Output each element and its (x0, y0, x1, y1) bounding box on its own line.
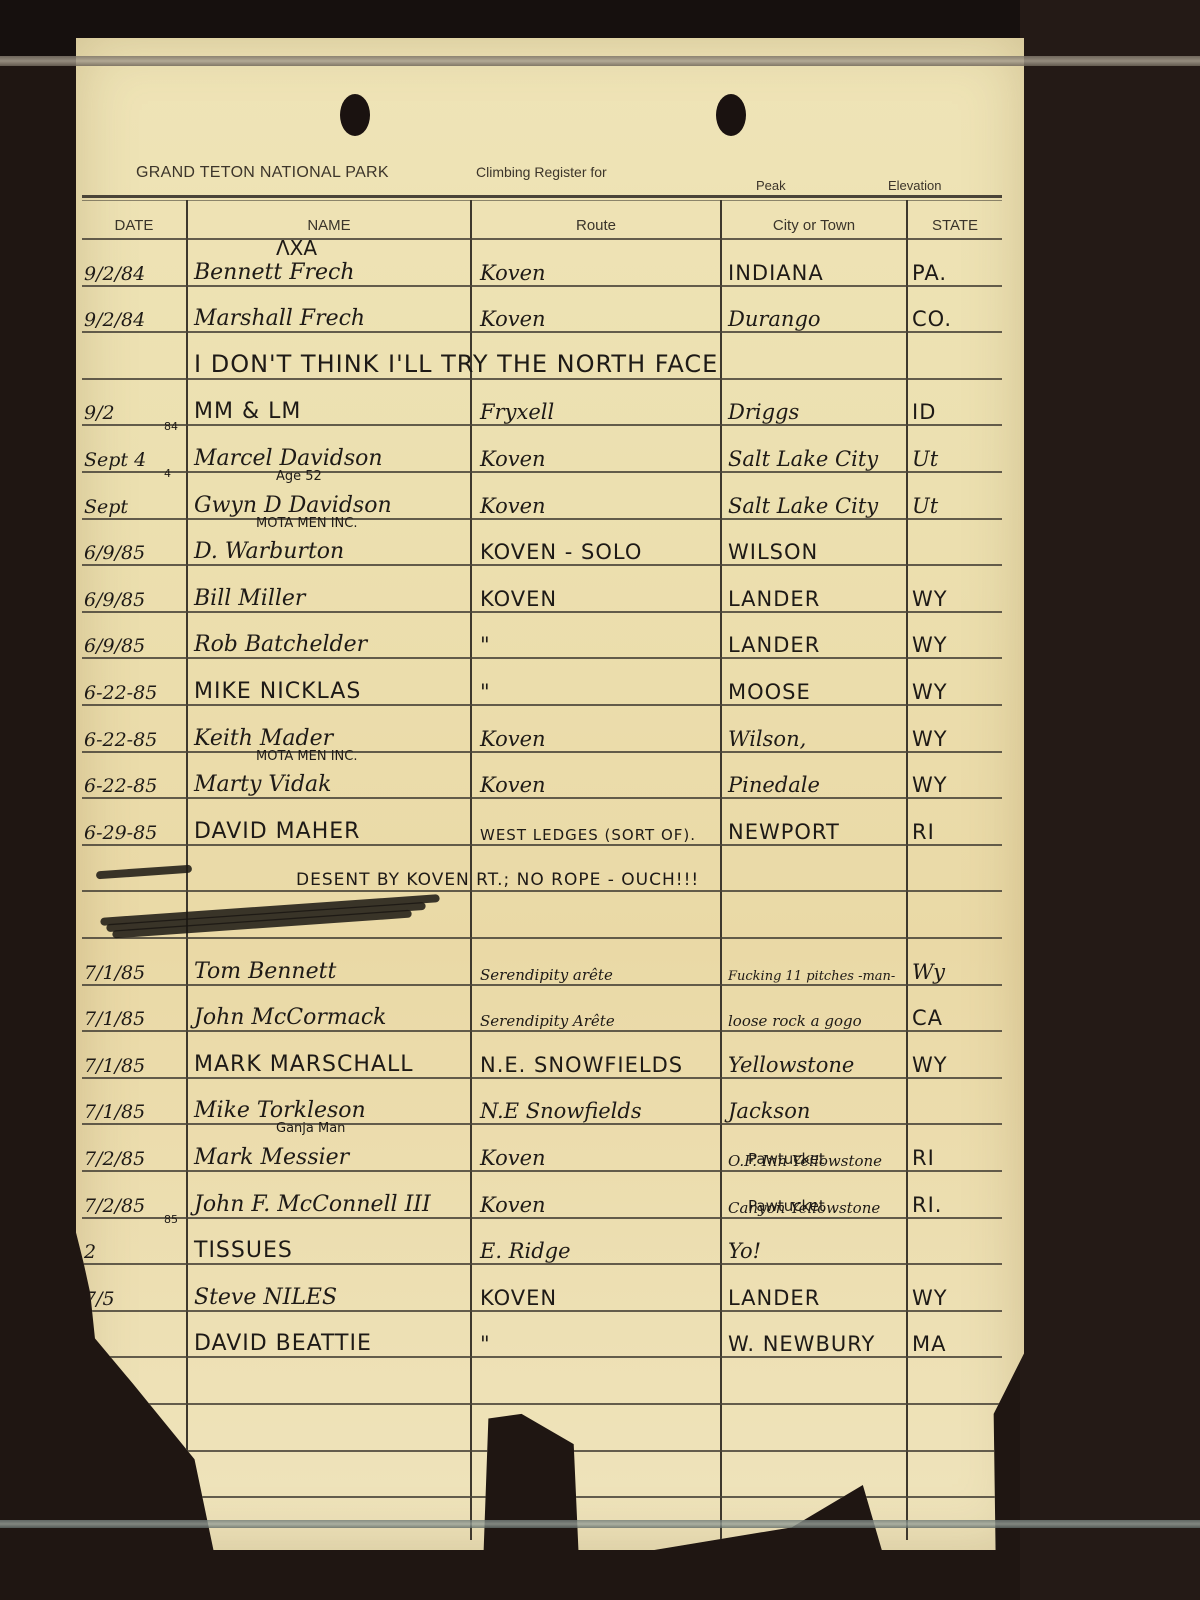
entry-state: Ut (912, 471, 938, 522)
entry-route: Koven (480, 751, 546, 802)
entry-name: Marcel Davidson (194, 424, 383, 475)
entry-city: Durango (728, 285, 821, 336)
name-annotation: Ganja Man (276, 1121, 345, 1136)
entry-name: MM & LM (194, 378, 301, 429)
entry-date: 7/2/85 (84, 1170, 145, 1221)
entry-route: WEST LEDGES (SORT OF). (480, 797, 696, 848)
entry-date: Sept 4 (84, 424, 146, 475)
entry-name: John F. McConnell III (194, 1170, 431, 1221)
entry-date: 7/2/85 (84, 1123, 145, 1174)
entry-city: LANDER (728, 1263, 820, 1314)
elevation-label: Elevation (888, 178, 941, 193)
entry-date: 7/1/85 (84, 1030, 145, 1081)
crossed-out-scribble (96, 864, 192, 879)
column-divider (906, 200, 908, 1540)
punch-hole (716, 94, 746, 136)
entry-city: Salt Lake City (728, 424, 878, 475)
entry-date: 6-22-85 (84, 657, 157, 708)
entry-route: Koven (480, 471, 546, 522)
city-annotation: Pawtucket (748, 1150, 825, 1168)
entry-state: MA (912, 1310, 946, 1361)
peak-label: Peak (756, 178, 786, 193)
entry-route: E. Ridge (480, 1217, 571, 1268)
entry-state: WY (912, 1263, 948, 1314)
entry-name: Rob Batchelder (194, 611, 367, 662)
entry-state: RI. (912, 1170, 942, 1221)
entry-name: Tom Bennett (194, 937, 336, 988)
entry-state: CA (912, 984, 943, 1035)
background-right (1020, 0, 1200, 1600)
entry-state: CO. (912, 285, 952, 336)
entry-state: WY (912, 704, 948, 755)
entry-state: WY (912, 1030, 948, 1081)
comment-text: I DON'T THINK I'LL TRY THE NORTH FACE (194, 331, 718, 382)
entry-date: 9/2/84 (84, 238, 145, 289)
entry-name: DAVID BEATTIE (194, 1310, 372, 1361)
entry-name: TISSUES (194, 1217, 293, 1268)
entry-state: WY (912, 564, 948, 615)
entry-route: N.E Snowfields (480, 1077, 642, 1128)
entry-route: " (480, 1310, 490, 1361)
entry-route: Koven (480, 424, 546, 475)
entry-route: Koven (480, 285, 546, 336)
entry-route: Koven (480, 1123, 546, 1174)
entry-route: Koven (480, 1170, 546, 1221)
entry-name: Keith Mader (194, 704, 333, 755)
entry-state: RI (912, 1123, 935, 1174)
entry-route: Koven (480, 238, 546, 289)
register-label: Climbing Register for (476, 164, 607, 180)
column-header-name: NAME (188, 210, 470, 240)
entry-date: 6-29-85 (84, 797, 157, 848)
climbing-register-sheet: GRAND TETON NATIONAL PARK Climbing Regis… (76, 38, 1024, 1550)
column-header-date: DATE (82, 210, 186, 240)
date-annotation: 4 (164, 467, 171, 480)
column-header-route: Route (472, 210, 720, 240)
entry-state: Ut (912, 424, 938, 475)
entry-city: WILSON (728, 518, 818, 569)
name-annotation: MOTA MEN INC. (256, 749, 357, 764)
entry-city: Driggs (728, 378, 799, 429)
entry-city: INDIANA (728, 238, 824, 289)
entry-name: Bennett Frech (194, 238, 355, 289)
entry-route: " (480, 657, 490, 708)
entry-city: Yo! (728, 1217, 761, 1268)
entry-city: Pinedale (728, 751, 820, 802)
entry-date: " (84, 1310, 93, 1361)
name-annotation: Age 52 (276, 469, 322, 484)
entry-city: LANDER (728, 611, 820, 662)
entry-date: 9/2 (84, 378, 115, 429)
comment-text: DESENT BY KOVEN RT.; NO ROPE - OUCH!!! (296, 844, 699, 895)
entry-date: 6-22-85 (84, 704, 157, 755)
entry-route: Fryxell (480, 378, 554, 429)
entry-name: MIKE NICKLAS (194, 657, 361, 708)
date-annotation: 85 (164, 1213, 178, 1226)
entry-city: NEWPORT (728, 797, 840, 848)
entry-city: Jackson (728, 1077, 810, 1128)
entry-city: Wilson, (728, 704, 806, 755)
entry-date: 6-22-85 (84, 751, 157, 802)
name-annotation: ΛΧΑ (276, 236, 317, 260)
entry-city: Yellowstone (728, 1030, 854, 1081)
entry-date: 7/1/85 (84, 984, 145, 1035)
entry-state: Wy (912, 937, 945, 988)
entry-date: Sept (84, 471, 128, 522)
entry-route: KOVEN (480, 1263, 557, 1314)
column-divider (720, 200, 722, 1540)
entry-city: MOOSE (728, 657, 811, 708)
row-rule (82, 1450, 1002, 1452)
punch-hole (340, 94, 370, 136)
entry-city: Salt Lake City (728, 471, 878, 522)
row-rule (82, 1403, 1002, 1405)
entry-name: MARK MARSCHALL (194, 1030, 414, 1081)
entry-name: Mike Torkleson (194, 1077, 366, 1128)
entry-date: 7/1/85 (84, 1077, 145, 1128)
entry-date: 6/9/85 (84, 518, 145, 569)
entry-state: WY (912, 611, 948, 662)
entry-name: Marshall Frech (194, 285, 365, 336)
entry-state: ID (912, 378, 936, 429)
entry-state: RI (912, 797, 935, 848)
entry-state: WY (912, 657, 948, 708)
entry-route: Serendipity Arête (480, 984, 615, 1035)
header-rule (82, 195, 1002, 198)
entry-state: PA. (912, 238, 947, 289)
entry-city: Fucking 11 pitches -man- (728, 937, 895, 988)
entry-date: 6/9/85 (84, 611, 145, 662)
entry-name: Bill Miller (194, 564, 305, 615)
entry-route: N.E. SNOWFIELDS (480, 1030, 683, 1081)
column-header-state: STATE (908, 210, 1002, 240)
entry-name: John McCormack (194, 984, 386, 1035)
entry-route: " (480, 611, 490, 662)
entry-city: loose rock a gogo (728, 984, 862, 1035)
entry-date: 9/2/84 (84, 285, 145, 336)
header-rule-thin (82, 200, 1002, 201)
entry-date: 2 (84, 1217, 96, 1268)
entry-city: LANDER (728, 564, 820, 615)
entry-state: WY (912, 751, 948, 802)
name-annotation: MOTA MEN INC. (256, 516, 357, 531)
entry-city: W. NEWBURY (728, 1310, 875, 1361)
entry-route: KOVEN - SOLO (480, 518, 642, 569)
city-annotation: Pawtucket (748, 1197, 825, 1215)
entry-date: 6/9/85 (84, 564, 145, 615)
bottom-rod (0, 1520, 1200, 1528)
entry-date: 7/5 (84, 1263, 115, 1314)
hanging-rod (0, 56, 1200, 66)
entry-route: Koven (480, 704, 546, 755)
date-annotation: 84 (164, 420, 178, 433)
park-title: GRAND TETON NATIONAL PARK (136, 164, 389, 182)
entry-date: 7/1/85 (84, 937, 145, 988)
row-rule (82, 1496, 1002, 1498)
entry-route: KOVEN (480, 564, 557, 615)
entry-name: DAVID MAHER (194, 797, 360, 848)
column-header-city: City or Town (722, 210, 906, 240)
entry-name: Steve NILES (194, 1263, 337, 1314)
entry-route: Serendipity arête (480, 937, 613, 988)
